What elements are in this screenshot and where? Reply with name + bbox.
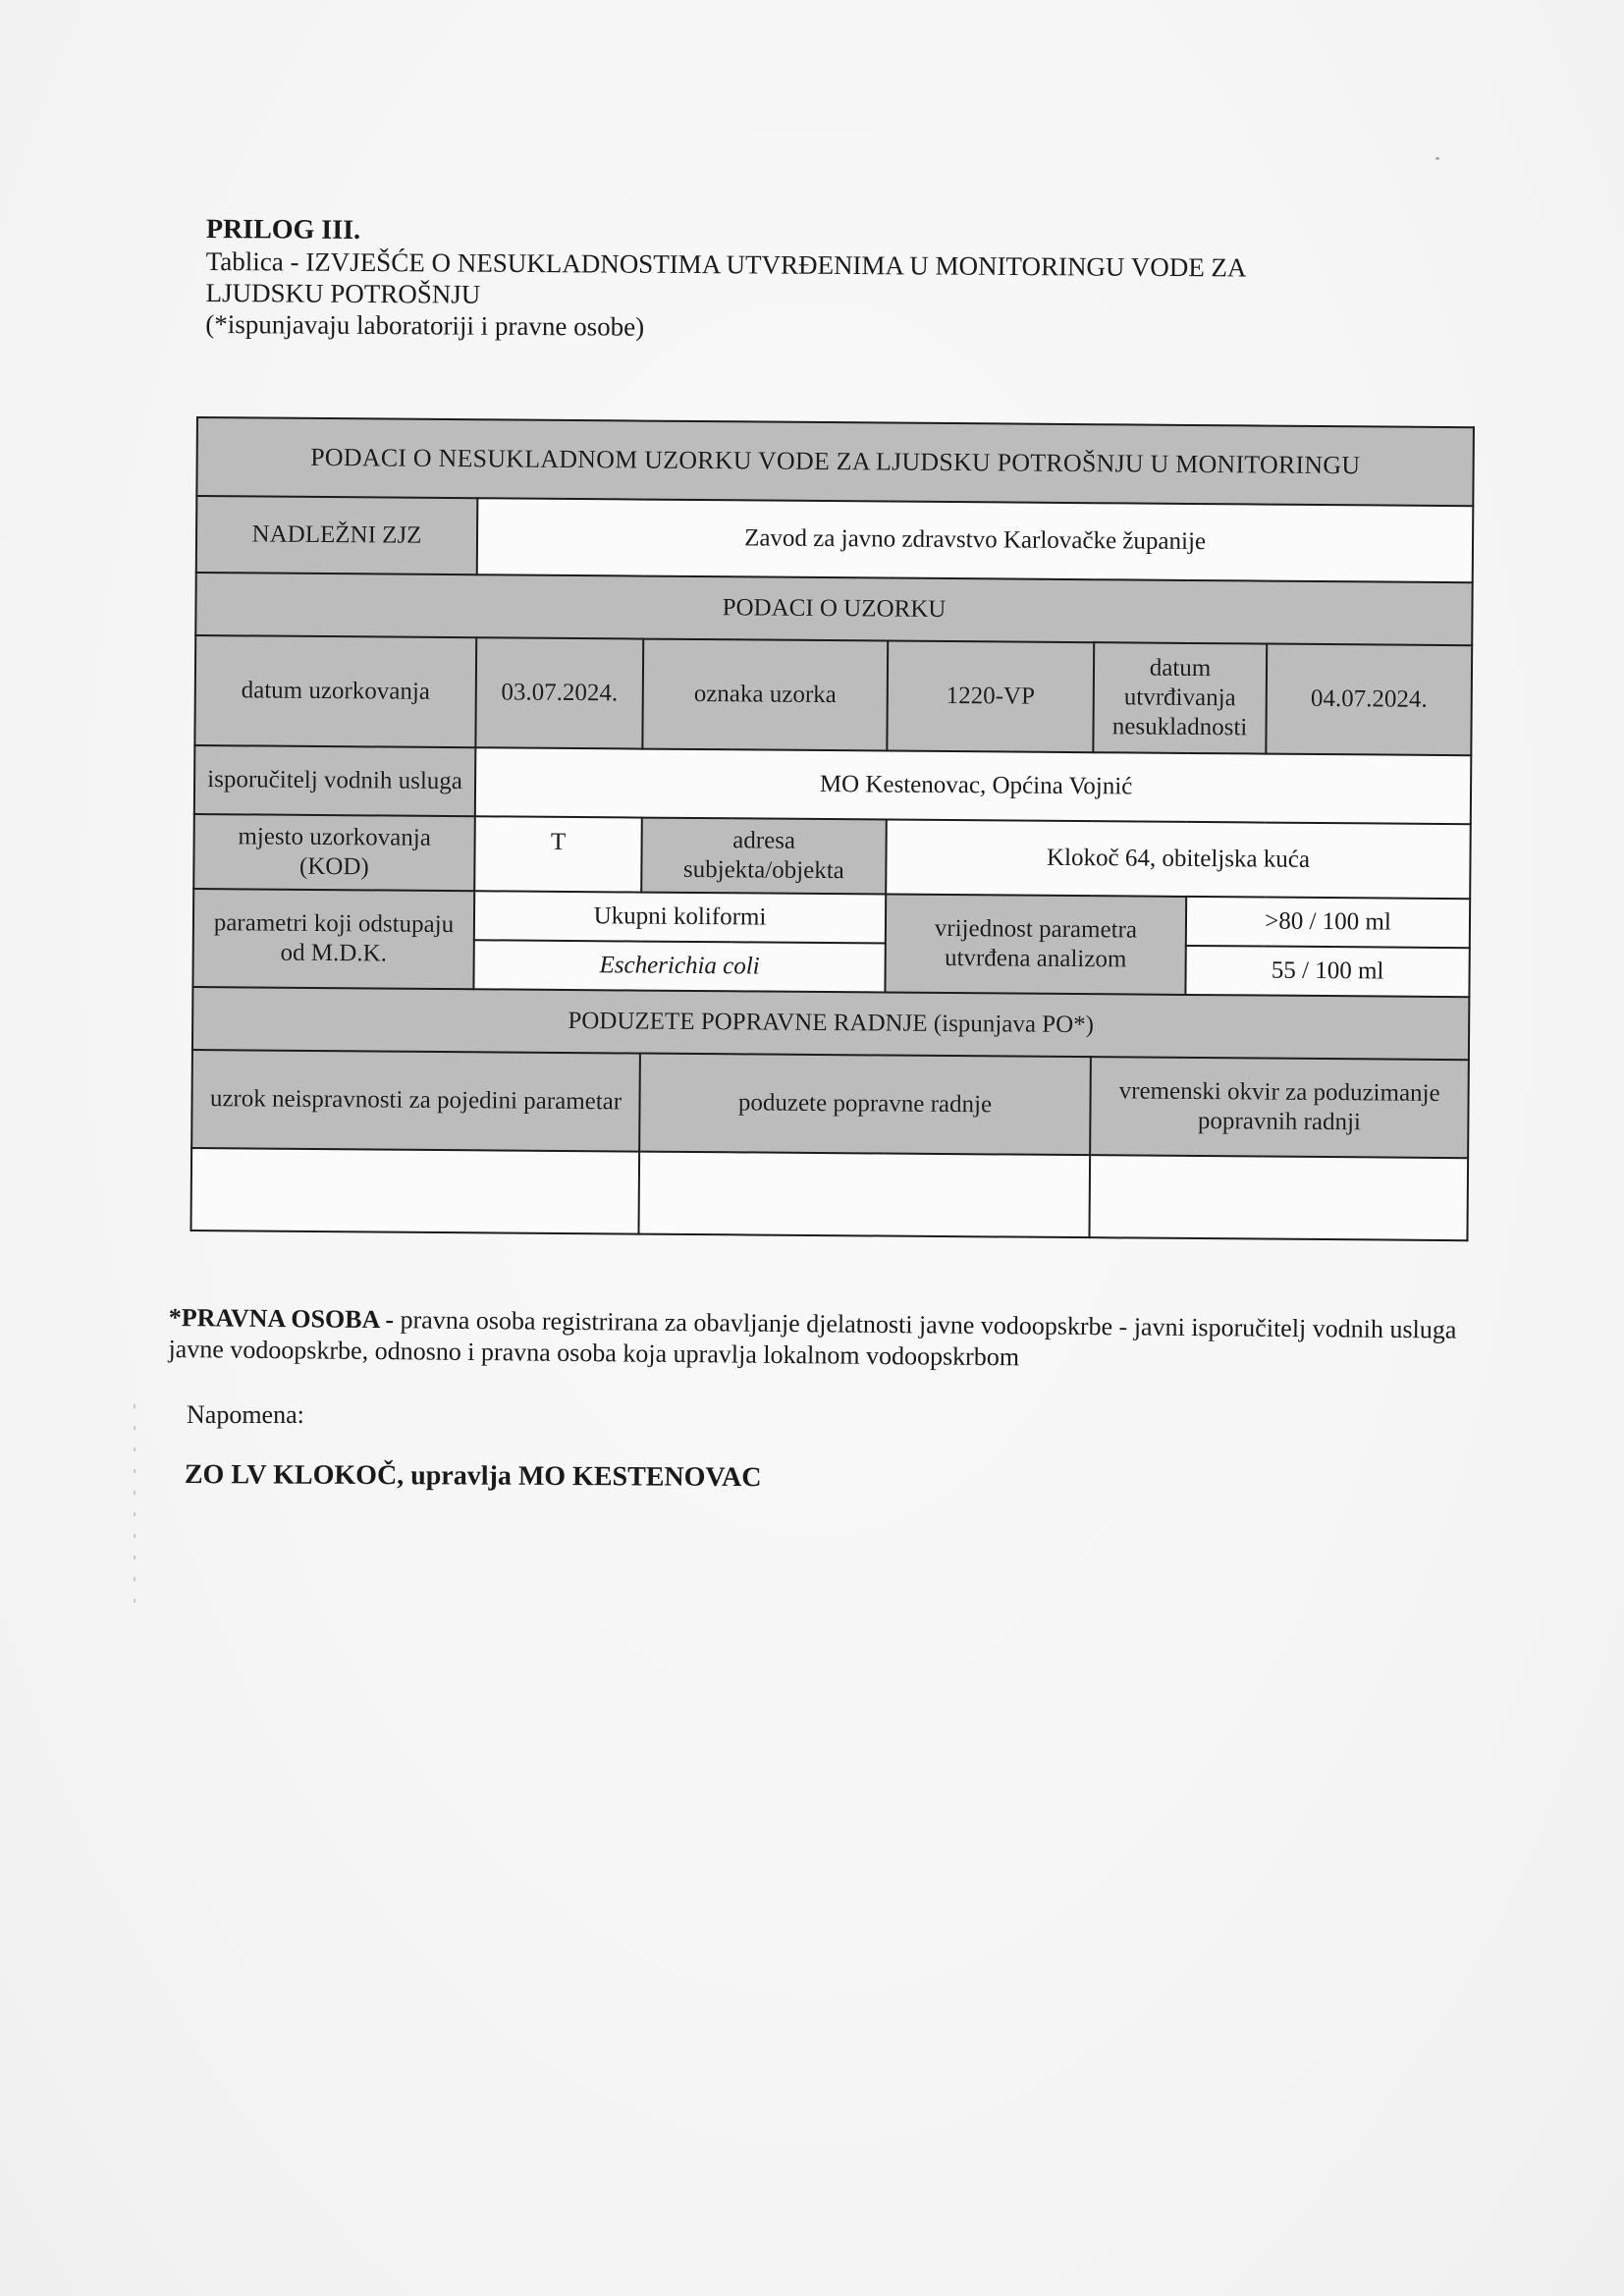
cause-value[interactable] — [190, 1148, 639, 1234]
corrective-section-row: PODUZETE POPRAVNE RADNJE (ispunjava PO*) — [192, 987, 1470, 1060]
corrective-section-header: PODUZETE POPRAVNE RADNJE (ispunjava PO*) — [192, 987, 1470, 1060]
parameter-value-1: >80 / 100 ml — [1186, 897, 1470, 948]
actions-column-header: poduzete popravne radnje — [639, 1054, 1091, 1156]
supplier-row: isporučitelj vodnih usluga MO Kestenovac… — [194, 745, 1472, 824]
supplier-value: MO Kestenovac, Općina Vojnić — [475, 747, 1472, 824]
cause-column-header: uzrok neispravnosti za pojedini parameta… — [191, 1050, 640, 1152]
address-label: adresa subjekta/objekta — [641, 818, 887, 895]
nonconformity-form: PODACI O NESUKLADNOM UZORKU VODE ZA LJUD… — [189, 416, 1472, 1241]
actions-value[interactable] — [638, 1152, 1090, 1238]
corrective-columns-row: uzrok neispravnosti za pojedini parameta… — [191, 1050, 1469, 1158]
sampling-place-code: T — [474, 816, 642, 892]
corrective-values-row — [190, 1148, 1468, 1240]
parameter-row-1: parametri koji odstupaju od M.D.K. Ukupn… — [193, 889, 1470, 948]
scan-speck — [1435, 157, 1439, 160]
competent-value: Zavod za javno zdravstvo Karlovačke župa… — [477, 498, 1474, 582]
scanned-page: PRILOG III. Tablica - IZVJEŠĆE O NESUKLA… — [0, 0, 1624, 2296]
parameter-name-1: Ukupni koliformi — [474, 891, 886, 943]
timeframe-value[interactable] — [1089, 1155, 1468, 1240]
nonconformity-date-label: datum utvrđivanja nesukladnosti — [1093, 642, 1267, 753]
parameter-value-2: 55 / 100 ml — [1185, 946, 1469, 997]
sample-mark-value: 1220-VP — [887, 641, 1094, 753]
sample-section-header: PODACI O UZORKU — [195, 573, 1473, 645]
report-subtitle: (*ispunjavaju laboratoriji i pravne osob… — [205, 308, 1423, 348]
nonconformity-date-value: 04.07.2024. — [1266, 644, 1472, 756]
legal-entity-footnote: *PRAVNA OSOBA - pravna osoba registriran… — [168, 1302, 1485, 1378]
table-main-header-row: PODACI O NESUKLADNOM UZORKU VODE ZA LJUD… — [196, 417, 1474, 506]
competent-label: NADLEŽNI ZJZ — [196, 496, 478, 574]
scan-margin-marks — [134, 1404, 135, 1620]
nonconformity-table: PODACI O NESUKLADNOM UZORKU VODE ZA LJUD… — [189, 416, 1475, 1241]
sample-section-row: PODACI O UZORKU — [195, 573, 1473, 645]
note-label: Napomena: — [187, 1400, 304, 1430]
parameters-label: parametri koji odstupaju od M.D.K. — [192, 889, 474, 989]
analysis-value-label: vrijednost parametra utvrđena analizom — [885, 895, 1186, 995]
table-main-header: PODACI O NESUKLADNOM UZORKU VODE ZA LJUD… — [196, 417, 1474, 506]
parameter-name-2: Escherichia coli — [473, 940, 885, 992]
timeframe-column-header: vremenski okvir za poduzimanje popravnih… — [1090, 1057, 1469, 1158]
document-heading: PRILOG III. Tablica - IZVJEŠĆE O NESUKLA… — [205, 214, 1424, 348]
sampling-place-row: mjesto uzorkovanja (KOD) T adresa subjek… — [193, 814, 1471, 899]
address-value: Klokoč 64, obiteljska kuća — [886, 820, 1471, 900]
supplier-label: isporučitelj vodnih usluga — [194, 745, 476, 816]
footnote-term: *PRAVNA OSOBA - — [169, 1303, 395, 1334]
competent-row: NADLEŽNI ZJZ Zavod za javno zdravstvo Ka… — [196, 496, 1474, 582]
sampling-date-value: 03.07.2024. — [475, 637, 643, 748]
sample-mark-label: oznaka uzorka — [642, 639, 888, 751]
sample-dates-row: datum uzorkovanja 03.07.2024. oznaka uzo… — [194, 635, 1472, 755]
sampling-place-label: mjesto uzorkovanja (KOD) — [193, 814, 475, 891]
sampling-date-label: datum uzorkovanja — [194, 635, 476, 747]
note-text: ZO LV KLOKOČ, upravlja MO KESTENOVAC — [185, 1459, 762, 1494]
